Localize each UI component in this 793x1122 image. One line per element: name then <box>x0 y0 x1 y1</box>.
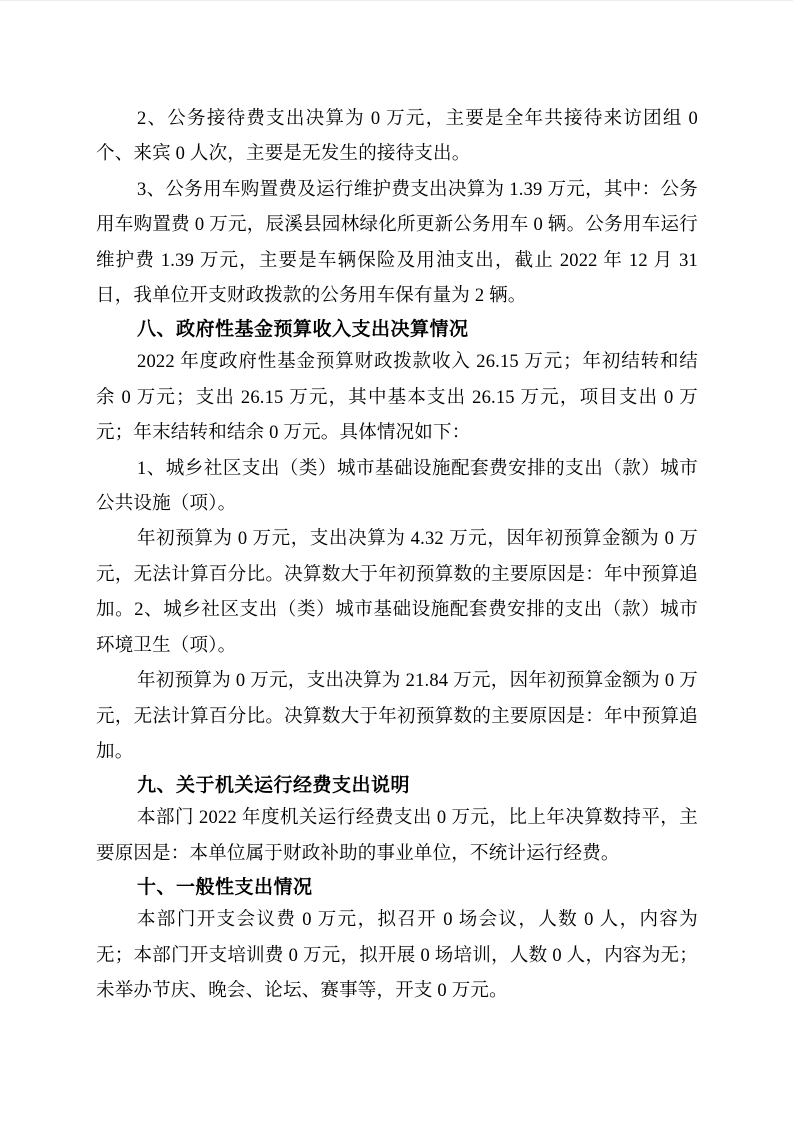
paragraph-budget-comparison-public-facilities: 年初预算为 0 万元，支出决算为 4.32 万元，因年初预算金额为 0 万元，无… <box>96 522 698 664</box>
paragraph-fund-budget-summary: 2022 年度政府性基金预算财政拨款收入 26.15 万元；年初结转和结余 0 … <box>96 345 698 451</box>
section-heading-8-government-fund-budget: 八、政府性基金预算收入支出决算情况 <box>96 314 698 345</box>
section-heading-9-agency-operating-expense: 九、关于机关运行经费支出说明 <box>96 770 698 801</box>
paragraph-official-vehicle-expense: 3、公务用车购置费及运行维护费支出决算为 1.39 万元，其中：公务用车购置费 … <box>96 173 698 315</box>
paragraph-official-reception-expense: 2、公务接待费支出决算为 0 万元，主要是全年共接待来访团组 0 个、来宾 0 … <box>96 102 698 173</box>
section-heading-10-general-expense: 十、一般性支出情况 <box>96 872 698 903</box>
paragraph-general-expense-details: 本部门开支会议费 0 万元，拟召开 0 场会议，人数 0 人，内容为无；本部门开… <box>96 903 698 1009</box>
paragraph-urban-community-expense-item1: 1、城乡社区支出（类）城市基础设施配套费安排的支出（款）城市公共设施（项）。 <box>96 452 698 523</box>
paragraph-operating-expense-explanation: 本部门 2022 年度机关运行经费支出 0 万元，比上年决算数持平，主要原因是：… <box>96 801 698 872</box>
document-page: 2、公务接待费支出决算为 0 万元，主要是全年共接待来访团组 0 个、来宾 0 … <box>0 0 793 1122</box>
paragraph-budget-comparison-environment-sanitation: 年初预算为 0 万元，支出决算为 21.84 万元，因年初预算金额为 0 万元，… <box>96 664 698 770</box>
document-content: 2、公务接待费支出决算为 0 万元，主要是全年共接待来访团组 0 个、来宾 0 … <box>96 102 698 1009</box>
